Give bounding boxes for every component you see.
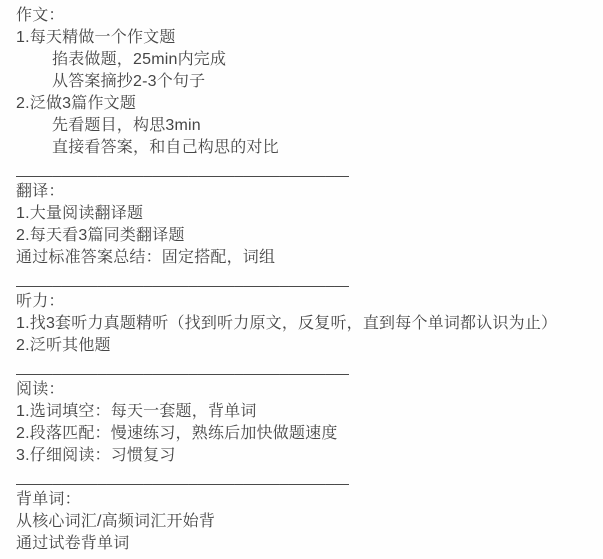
section-reading: 阅读： 1.选词填空：每天一套题，背单词 2.段落匹配：慢速练习，熟练后加快做题… (16, 379, 593, 489)
section-title: 翻译： (16, 181, 593, 203)
note-line: 1.找3套听力真题精听（找到听力原文，反复听，直到每个单词都认识为止） (16, 313, 593, 335)
section-title: 阅读： (16, 379, 593, 401)
note-line: 从核心词汇/高频词汇开始背 (16, 511, 593, 533)
note-line: 2.段落匹配：慢速练习，熟练后加快做题速度 (16, 423, 593, 445)
note-line: 1.每天精做一个作文题 (16, 27, 593, 49)
section-title: 作文： (16, 5, 593, 27)
section-listening: 听力： 1.找3套听力真题精听（找到听力原文，反复听，直到每个单词都认识为止） … (16, 291, 593, 379)
note-line: 直接看答案，和自己构思的对比 (16, 137, 593, 159)
note-line: 掐表做题，25min内完成 (16, 49, 593, 71)
section-title: 听力： (16, 291, 593, 313)
section-vocabulary: 背单词： 从核心词汇/高频词汇开始背 通过试卷背单词 (16, 489, 593, 555)
note-line: 1.选词填空：每天一套题，背单词 (16, 401, 593, 423)
section-divider: ________________________________________… (16, 159, 349, 181)
section-divider: ________________________________________… (16, 467, 349, 489)
study-plan-note: 作文： 1.每天精做一个作文题 掐表做题，25min内完成 从答案摘抄2-3个句… (0, 0, 603, 555)
section-divider: ________________________________________… (16, 269, 349, 291)
section-translation: 翻译： 1.大量阅读翻译题 2.每天看3篇同类翻译题 通过标准答案总结：固定搭配… (16, 181, 593, 291)
note-line: 从答案摘抄2-3个句子 (16, 71, 593, 93)
note-line: 2.泛听其他题 (16, 335, 593, 357)
section-divider: ________________________________________… (16, 357, 349, 379)
note-line: 1.大量阅读翻译题 (16, 203, 593, 225)
note-line: 3.仔细阅读：习惯复习 (16, 445, 593, 467)
note-line: 先看题目，构思3min (16, 115, 593, 137)
section-writing: 作文： 1.每天精做一个作文题 掐表做题，25min内完成 从答案摘抄2-3个句… (16, 5, 593, 181)
note-line: 2.泛做3篇作文题 (16, 93, 593, 115)
section-title: 背单词： (16, 489, 593, 511)
note-line: 2.每天看3篇同类翻译题 (16, 225, 593, 247)
note-line: 通过标准答案总结：固定搭配，词组 (16, 247, 593, 269)
note-line: 通过试卷背单词 (16, 533, 593, 555)
